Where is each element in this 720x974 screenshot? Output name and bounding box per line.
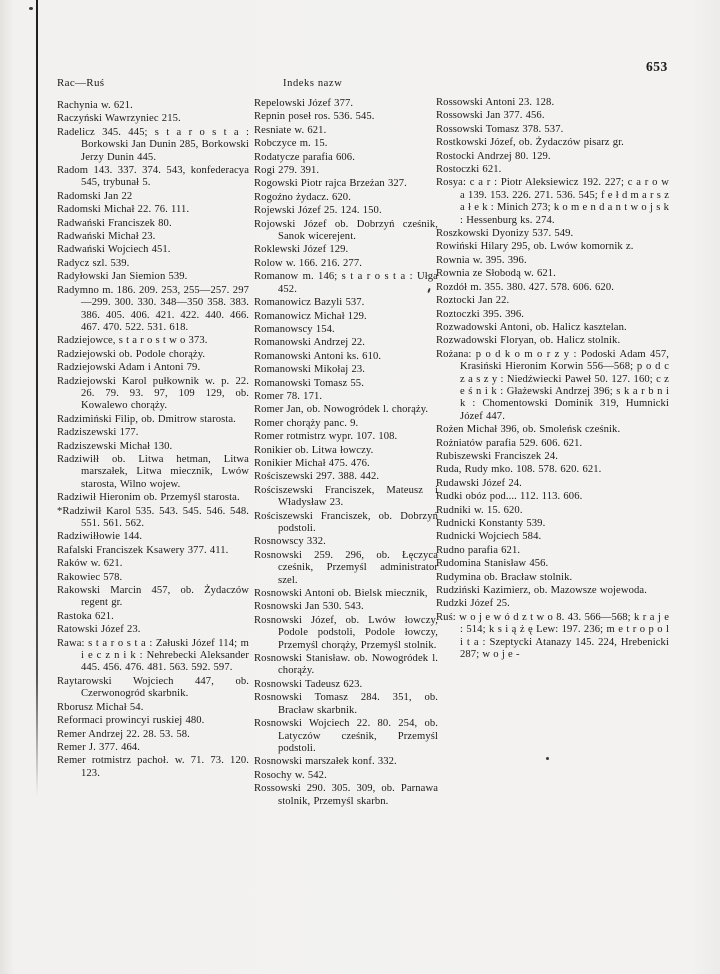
index-entry: Ruda, Rudy mko. 108. 578. 620. 621. <box>436 464 669 476</box>
index-entry: Rastoka 621. <box>57 611 249 623</box>
index-entry: Remer rotmistrz pachoł. w. 71. 73. 120. … <box>57 755 249 780</box>
index-entry: Rakowski Marcin 457, ob. Żydaczów regent… <box>57 585 249 610</box>
index-entry: Rozwadowski Floryan, ob. Halicz stolnik. <box>436 335 669 347</box>
index-entry: Roztocki Jan 22. <box>436 295 669 307</box>
index-entry: Rubiszewski Franciszek 24. <box>436 451 669 463</box>
index-entry: Rożen Michał 396, ob. Smoleńsk cześnik. <box>436 424 669 436</box>
index-entry: Rborusz Michał 54. <box>57 702 249 714</box>
index-entry: Reformaci prowincyi ruskiej 480. <box>57 715 249 727</box>
index-entry: Rodatycze parafia 606. <box>254 152 438 164</box>
index-entry: Rogowski Piotr rajca Brzeżan 327. <box>254 178 438 190</box>
index-entry: Radomski Michał 22. 76. 111. <box>57 204 249 216</box>
running-head-range: Rac—Ruś <box>57 77 104 89</box>
index-entry: Radom 143. 337. 374. 543, konfederacya 5… <box>57 165 249 190</box>
index-entry: *Radziwił Karol 535. 543. 545. 546. 548.… <box>57 506 249 531</box>
index-entry: Romanowscy 154. <box>254 324 438 336</box>
index-entry: Rogi 279. 391. <box>254 165 438 177</box>
running-head-title: Indeks nazw <box>283 78 342 89</box>
index-entry: Radwański Wojciech 451. <box>57 244 249 256</box>
index-entry: Rudymina ob. Bracław stolnik. <box>436 572 669 584</box>
index-entry: Roszkowski Dyonizy 537. 549. <box>436 228 669 240</box>
index-entry: Rafalski Franciszek Ksawery 377. 411. <box>57 545 249 557</box>
index-entry: Rossowski 290. 305. 309, ob. Parnawa sto… <box>254 783 438 808</box>
index-entry: Rojowski Józef ob. Dobrzyń cześnik, Sano… <box>254 219 438 244</box>
index-entry: Rosochy w. 542. <box>254 770 438 782</box>
index-entry: Rudziński Kazimierz, ob. Mazowsze wojewo… <box>436 585 669 597</box>
scan-artifact-speck <box>546 757 549 760</box>
index-entry: Radwański Franciszek 80. <box>57 218 249 230</box>
index-entry: Romanowski Tomasz 55. <box>254 378 438 390</box>
index-entry: Rojewski Józef 25. 124. 150. <box>254 205 438 217</box>
index-entry: Raków w. 621. <box>57 558 249 570</box>
index-entry: Rownia ze Słobodą w. 621. <box>436 268 669 280</box>
index-entry: Rownia w. 395. 396. <box>436 255 669 267</box>
index-entry: Rościszewski Franciszek, Mateusz i Włady… <box>254 485 438 510</box>
index-entry: Rostkowski Józef, ob. Żydaczów pisarz gr… <box>436 137 669 149</box>
index-entry: Rosnowski Józef, ob. Lwów łowczy, Podole… <box>254 615 438 652</box>
index-entry: Rosya: c a r : Piotr Aleksiewicz 192. 22… <box>436 177 669 227</box>
index-entry: Radziwiłłowie 144. <box>57 531 249 543</box>
index-entry: Radyłowski Jan Siemion 539. <box>57 271 249 283</box>
index-entry: Ruś: w o j e w ó d z t w o 8. 43. 566—56… <box>436 612 669 662</box>
index-entry: Roklewski Józef 129. <box>254 244 438 256</box>
index-entry: Ronikier ob. Litwa łowczy. <box>254 445 438 457</box>
index-entry: Rudzki Józef 25. <box>436 598 669 610</box>
index-entry: Rożniatów parafia 529. 606. 621. <box>436 438 669 450</box>
index-entry: Ratowski Józef 23. <box>57 624 249 636</box>
index-entry: Romanow m. 146; s t a r o s t a : Ułga 4… <box>254 271 438 296</box>
index-entry: Remer Andrzej 22. 28. 53. 58. <box>57 729 249 741</box>
index-entry: Romanowski Mikołaj 23. <box>254 364 438 376</box>
index-entry: Raczyński Wawrzyniec 215. <box>57 113 249 125</box>
index-column-2: Repelowski Józef 377.Repnin poseł ros. 5… <box>254 98 438 809</box>
index-entry: Repelowski Józef 377. <box>254 98 438 110</box>
index-entry: Radomski Jan 22 <box>57 191 249 203</box>
index-entry: Rossowski Antoni 23. 128. <box>436 97 669 109</box>
index-entry: Rowiński Hilary 295, ob. Lwów komornik z… <box>436 241 669 253</box>
index-entry: Radziejowski Karol pułkownik w. p. 22. 2… <box>57 376 249 413</box>
index-entry: Radymno m. 186. 209. 253, 255—257. 297—2… <box>57 285 249 335</box>
index-entry: Rożana: p o d k o m o r z y : Podoski Ad… <box>436 349 669 423</box>
index-entry: Rozdół m. 355. 380. 427. 578. 606. 620. <box>436 282 669 294</box>
index-entry: Radziwił Hieronim ob. Przemyśl starosta. <box>57 492 249 504</box>
index-entry: Rudki obóz pod.... 112. 113. 606. <box>436 491 669 503</box>
index-entry: Roztoczki 395. 396. <box>436 309 669 321</box>
index-entry: Rostocki Andrzej 80. 129. <box>436 151 669 163</box>
index-entry: Resniate w. 621. <box>254 125 438 137</box>
index-entry: Rostoczki 621. <box>436 164 669 176</box>
index-entry: Rossowski Tomasz 378. 537. <box>436 124 669 136</box>
index-entry: Romanowicz Bazyli 537. <box>254 297 438 309</box>
index-entry: Romer rotmistrz wypr. 107. 108. <box>254 431 438 443</box>
index-entry: Rozwadowski Antoni, ob. Halicz kasztelan… <box>436 322 669 334</box>
scan-binding-line <box>36 0 38 796</box>
book-page: Rac—Ruś Indeks nazw 653 Rachynia w. 621.… <box>0 0 720 974</box>
index-entry: Radziszewski 177. <box>57 427 249 439</box>
page-number: 653 <box>646 59 668 75</box>
index-entry: Radycz szl. 539. <box>57 258 249 270</box>
index-entry: Rosnowski 259. 296, ob. Łęczyca cześnik,… <box>254 550 438 587</box>
index-entry: Remer J. 377. 464. <box>57 742 249 754</box>
index-entry: Rosnowski Stanisław. ob. Nowogródek l. c… <box>254 653 438 678</box>
index-entry: Romer Jan, ob. Nowogródek l. chorąży. <box>254 404 438 416</box>
index-entry: Rudno parafia 621. <box>436 545 669 557</box>
index-column-3: Rossowski Antoni 23. 128.Rossowski Jan 3… <box>436 97 669 662</box>
index-entry: Radziwiłł ob. Litwa hetman, Litwa marsza… <box>57 454 249 491</box>
index-entry: Rościszewski Franciszek, ob. Dobrzyń pod… <box>254 511 438 536</box>
index-entry: Rudawski Józef 24. <box>436 478 669 490</box>
index-entry: Rosnowski Wojciech 22. 80. 254, ob. Laty… <box>254 718 438 755</box>
index-column-1: Rachynia w. 621.Raczyński Wawrzyniec 215… <box>57 100 249 781</box>
index-entry: Romanowicz Michał 129. <box>254 311 438 323</box>
index-entry: Rosnowski marszałek konf. 332. <box>254 756 438 768</box>
index-entry: Rudnicki Wojciech 584. <box>436 531 669 543</box>
index-entry: Ronikier Michał 475. 476. <box>254 458 438 470</box>
index-entry: Rachynia w. 621. <box>57 100 249 112</box>
index-entry: Romer 78. 171. <box>254 391 438 403</box>
index-entry: Rudomina Stanisław 456. <box>436 558 669 570</box>
index-entry: Romer chorąży panc. 9. <box>254 418 438 430</box>
index-entry: Rakowiec 578. <box>57 572 249 584</box>
index-entry: Rogoźno żydacz. 620. <box>254 192 438 204</box>
index-entry: Rosnowski Antoni ob. Bielsk miecznik, <box>254 588 438 600</box>
scan-artifact-speck <box>29 7 33 10</box>
index-entry: Radwański Michał 23. <box>57 231 249 243</box>
index-entry: Rawa: s t a r o s t a : Załuski Józef 11… <box>57 638 249 675</box>
index-entry: Radziejowski ob. Podole chorąży. <box>57 349 249 361</box>
index-entry: Radziejowski Adam i Antoni 79. <box>57 362 249 374</box>
index-entry: Rossowski Jan 377. 456. <box>436 110 669 122</box>
index-entry: Rosnowski Tomasz 284. 351, ob. Bracław s… <box>254 692 438 717</box>
index-entry: Rościszewski 297. 388. 442. <box>254 471 438 483</box>
index-entry: Robczyce m. 15. <box>254 138 438 150</box>
index-entry: Romanowski Antoni ks. 610. <box>254 351 438 363</box>
index-entry: Rudniki w. 15. 620. <box>436 505 669 517</box>
index-entry: Radelicz 345. 445; s t a r o s t a : Bor… <box>57 127 249 164</box>
index-entry: Radziszewski Michał 130. <box>57 441 249 453</box>
index-entry: Radzimiński Filip, ob. Dmitrow starosta. <box>57 414 249 426</box>
index-entry: Romanowski Andrzej 22. <box>254 337 438 349</box>
index-entry: Rosnowski Jan 530. 543. <box>254 601 438 613</box>
index-entry: Raytarowski Wojciech 447, ob. Czerwonogr… <box>57 676 249 701</box>
index-entry: Radziejowce, s t a r o s t w o 373. <box>57 335 249 347</box>
index-entry: Repnin poseł ros. 536. 545. <box>254 111 438 123</box>
index-entry: Rudnicki Konstanty 539. <box>436 518 669 530</box>
index-entry: Rosnowski Tadeusz 623. <box>254 679 438 691</box>
index-entry: Rosnowscy 332. <box>254 536 438 548</box>
index-entry: Rolow w. 166. 216. 277. <box>254 258 438 270</box>
